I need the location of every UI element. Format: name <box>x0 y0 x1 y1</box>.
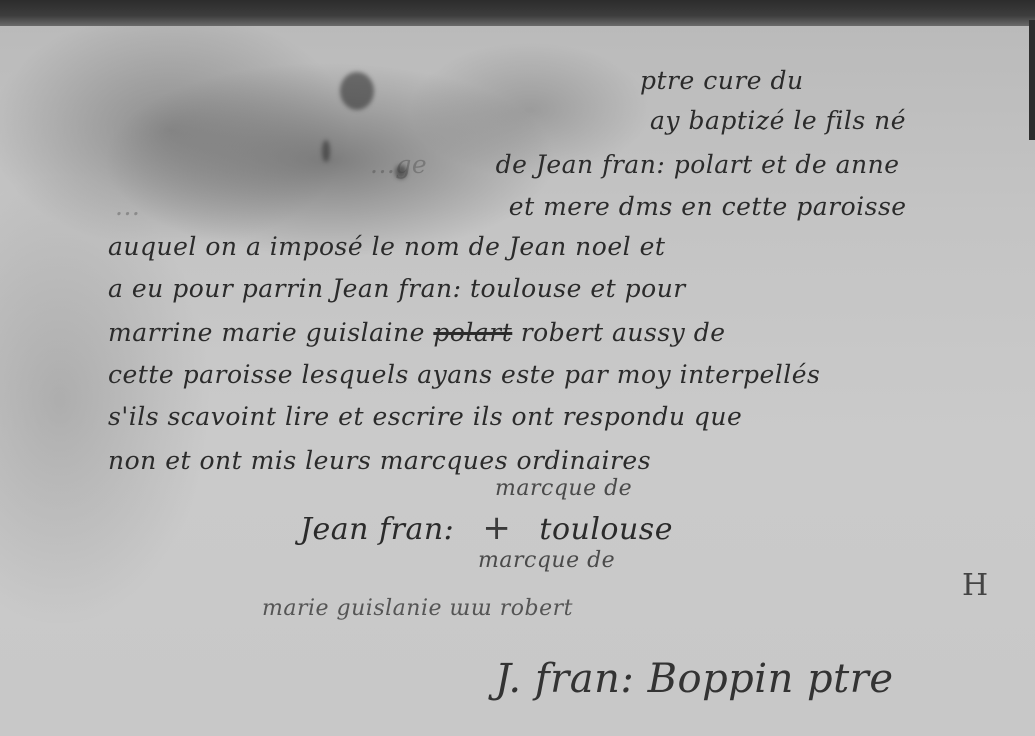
cross-mark: + <box>482 508 511 548</box>
page-top-edge <box>0 0 1035 26</box>
godmother-mark-label: marcque de <box>478 548 615 573</box>
ink-stain <box>322 140 330 162</box>
text-line-6: a eu pour parrin Jean fran: toulouse et … <box>108 274 686 303</box>
text-line-9: s'ils scavoint lire et escrire ils ont r… <box>108 402 742 431</box>
margin-note: H <box>962 568 989 603</box>
text-line-4: ... et mere dms en cette paroisse <box>115 192 907 221</box>
document-scan: ptre cure du ay baptizé le fils né ...ge… <box>0 0 1035 736</box>
text-line-1: ptre cure du <box>640 66 804 95</box>
godfather-signature-line: Jean fran: + toulouse <box>300 508 673 548</box>
text-line-2: ay baptizé le fils né <box>650 106 906 135</box>
struck-word: polart <box>433 318 512 347</box>
text-line-8: cette paroisse lesquels ayans este par m… <box>108 360 820 389</box>
text-line-10: non et ont mis leurs marcques ordinaires <box>108 446 651 475</box>
text-line-3: ...ge de Jean fran: polart et de anne <box>370 150 900 179</box>
godmother-signature-line: marie guislanie ɯɯ robert <box>262 596 573 621</box>
page-right-edge <box>1029 20 1035 140</box>
ink-stain <box>340 72 374 110</box>
godfather-mark-label: marcque de <box>495 476 632 501</box>
godmother-mark: ɯɯ <box>450 596 493 621</box>
priest-signature: J. fran: Boppin ptre <box>495 656 894 702</box>
text-line-7: marrine marie guislaine polart robert au… <box>108 318 726 347</box>
text-line-5: auquel on a imposé le nom de Jean noel e… <box>108 232 665 261</box>
